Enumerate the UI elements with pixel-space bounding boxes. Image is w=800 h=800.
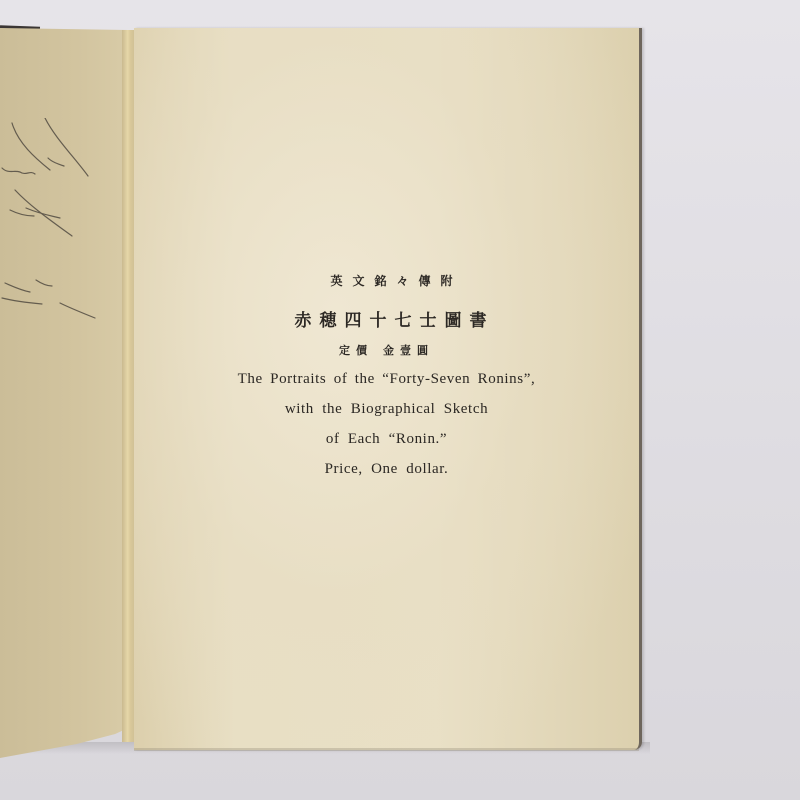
title-page: 英文銘々傳附 赤穂四十七士圖書 定價金壹圓 The Portraits of t… [134,28,642,750]
english-title-line-2: with the Biographical Sketch [134,401,639,418]
japanese-title: 赤穂四十七士圖書 [134,306,647,331]
japanese-price-label: 定價 [339,344,373,357]
japanese-price: 定價金壹圓 [134,342,639,358]
english-price-line: Price, One dollar. [134,461,639,478]
page-bottom-edge [134,748,639,751]
japanese-price-value: 金壹圓 [383,344,434,357]
english-title-line-1: The Portraits of the “Forty-Seven Ronins… [134,371,639,388]
title-block: 英文銘々傳附 赤穂四十七士圖書 定價金壹圓 The Portraits of t… [134,28,639,750]
handwriting-icon [0,118,120,348]
english-title-line-3: of Each “Ronin.” [134,431,639,448]
japanese-subtitle: 英文銘々傳附 [134,272,649,289]
left-page [0,28,128,800]
